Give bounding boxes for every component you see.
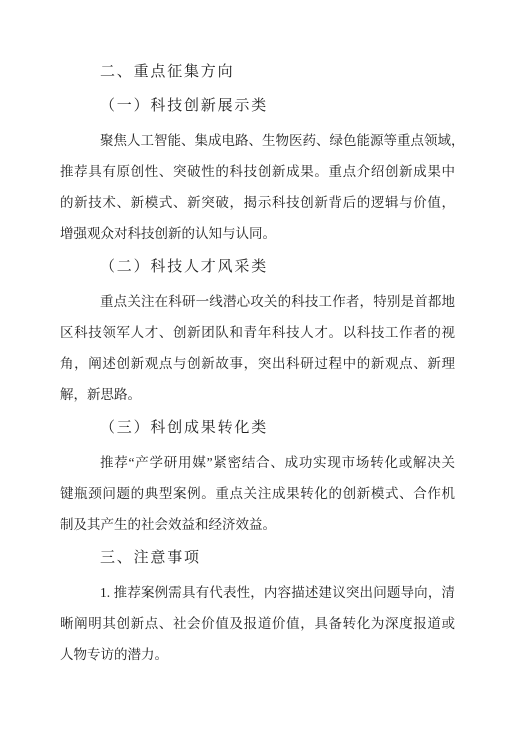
subheading-1: （一）科技创新展示类 (60, 91, 455, 122)
text-line: 制及其产生的社会效益和经济效益。 (60, 509, 455, 540)
text-line: 聚焦人工智能、集成电路、生物医药、绿色能源等重点领域， (60, 125, 455, 156)
text-line: 晰阐明其创新点、社会价值及报道价值，具备转化为深度报道或 (60, 608, 455, 639)
subheading-text: （一）科技创新展示类 (60, 91, 455, 122)
heading-text: 三、注意事项 (60, 543, 455, 574)
text-line: 键瓶颈问题的典型案例。重点关注成果转化的创新模式、合作机 (60, 478, 455, 509)
text-line: 重点关注在科研一线潜心攻关的科技工作者，特别是首都地 (60, 286, 455, 317)
paragraph-talent: 重点关注在科研一线潜心攻关的科技工作者，特别是首都地 区科技领军人才、创新团队和… (60, 286, 455, 410)
subheading-3: （三）科创成果转化类 (60, 413, 455, 444)
paragraph-notes-1: 1. 推荐案例需具有代表性，内容描述建议突出问题导向，清 晰阐明其创新点、社会价… (60, 577, 455, 670)
paragraph-transformation: 推荐“产学研用媒”紧密结合、成功实现市场转化或解决关 键瓶颈问题的典型案例。重点… (60, 447, 455, 540)
subheading-text: （三）科创成果转化类 (60, 413, 455, 444)
heading-text: 二、重点征集方向 (60, 57, 455, 88)
text-line: 增强观众对科技创新的认知与认同。 (60, 218, 455, 249)
text-line: 的新技术、新模式、新突破，揭示科技创新背后的逻辑与价值， (60, 187, 455, 218)
section-heading-3: 三、注意事项 (60, 543, 455, 574)
text-line: 1. 推荐案例需具有代表性，内容描述建议突出问题导向，清 (60, 577, 455, 608)
paragraph-tech-innovation: 聚焦人工智能、集成电路、生物医药、绿色能源等重点领域， 推荐具有原创性、突破性的… (60, 125, 455, 249)
subheading-2: （二）科技人才风采类 (60, 252, 455, 283)
text-line: 人物专访的潜力。 (60, 639, 455, 670)
document-page: 二、重点征集方向 （一）科技创新展示类 聚焦人工智能、集成电路、生物医药、绿色能… (0, 0, 515, 736)
section-heading-2: 二、重点征集方向 (60, 57, 455, 88)
text-line: 区科技领军人才、创新团队和青年科技人才。以科技工作者的视 (60, 317, 455, 348)
subheading-text: （二）科技人才风采类 (60, 252, 455, 283)
text-line: 解，新思路。 (60, 379, 455, 410)
text-line: 推荐“产学研用媒”紧密结合、成功实现市场转化或解决关 (60, 447, 455, 478)
text-line: 角，阐述创新观点与创新故事，突出科研过程中的新观点、新理 (60, 348, 455, 379)
text-line: 推荐具有原创性、突破性的科技创新成果。重点介绍创新成果中 (60, 156, 455, 187)
